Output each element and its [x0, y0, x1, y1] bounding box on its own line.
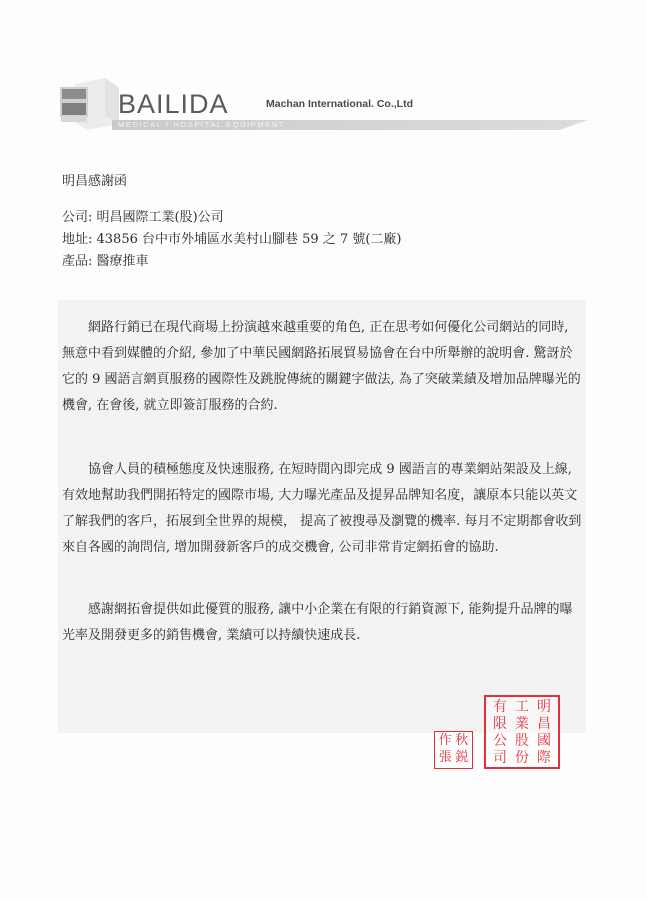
seal-char: 股 [511, 733, 533, 750]
seal-char: 業 [511, 716, 533, 733]
letterhead-tagline: MEDICAL / HOSPITAL EQUIPMENT [118, 120, 285, 130]
paragraph-line: 有效地幫助我們開拓特定的國際市場, 大力曝光產品及提昇品牌知名度，讓原本只能以英… [62, 483, 592, 509]
seal-char: 工 [511, 699, 533, 716]
seal-char: 秋 [454, 733, 471, 750]
address-line: 地址: 43856 台中市外埔區水美村山腳巷 59 之 7 號(二廠) [62, 232, 402, 248]
document-title: 明昌感謝函 [62, 174, 127, 190]
seal-char: 昌 [533, 716, 555, 733]
seal-char: 作 [437, 733, 454, 750]
seal-char: 國 [533, 733, 555, 750]
company-seal-stamp: 有 工 明 限 業 昌 公 股 國 司 份 際 [484, 695, 560, 769]
seal-char: 張 [437, 750, 454, 767]
paragraph-3: 感謝網拓會提供如此優質的服務, 讓中小企業在有限的行銷資源下, 能夠提升品牌的曝… [62, 597, 592, 649]
paragraph-1: 網路行銷已在現代商場上扮演越來越重要的角色, 正在思考如何優化公司網站的同時, … [62, 315, 592, 419]
paragraph-line: 光率及開發更多的銷售機會, 業績可以持續快速成長. [62, 623, 592, 649]
paragraph-2: 協會人員的積極態度及快速服務, 在短時間內即完成 9 國語言的專業網站架設及上線… [62, 457, 592, 561]
seal-char: 際 [533, 750, 555, 767]
stacked-blocks-logo-icon [57, 78, 119, 130]
paragraph-line: 網路行銷已在現代商場上扮演越來越重要的角色, 正在思考如何優化公司網站的同時, [62, 315, 592, 341]
paragraph-line: 機會, 在會後, 就立即簽訂服務的合約. [62, 393, 592, 419]
seal-char: 公 [489, 733, 511, 750]
paragraph-line: 它的 9 國語言網頁服務的國際性及跳脫傳統的關鍵字做法, 為了突破業績及增加品牌… [62, 367, 592, 393]
company-english-name: Machan International. Co.,Ltd [266, 98, 413, 110]
seal-char: 明 [533, 699, 555, 716]
personal-seal-stamp: 作 秋 張 鋭 [434, 731, 473, 769]
seal-char: 司 [489, 750, 511, 767]
brand-name: BAILIDA [118, 90, 229, 118]
paragraph-line: 來自各國的詢問信, 增加開發新客戶的成交機會, 公司非常肯定網拓會的協助. [62, 535, 592, 561]
paragraph-line: 感謝網拓會提供如此優質的服務, 讓中小企業在有限的行銷資源下, 能夠提升品牌的曝 [62, 597, 592, 623]
paragraph-line: 了解我們的客戶，拓展到全世界的規模， 提高了被搜尋及瀏覽的機率. 每月不定期都會… [62, 509, 592, 535]
seal-char: 限 [489, 716, 511, 733]
company-line: 公司: 明昌國際工業(股)公司 [62, 210, 224, 226]
paragraph-line: 協會人員的積極態度及快速服務, 在短時間內即完成 9 國語言的專業網站架設及上線… [62, 457, 592, 483]
seal-char: 有 [489, 699, 511, 716]
seal-char: 份 [511, 750, 533, 767]
paragraph-line: 無意中看到媒體的介紹, 參加了中華民國網路拓展貿易協會在台中所舉辦的說明會. 驚… [62, 341, 592, 367]
product-line: 產品: 醫療推車 [62, 254, 149, 270]
seal-char: 鋭 [454, 750, 471, 767]
